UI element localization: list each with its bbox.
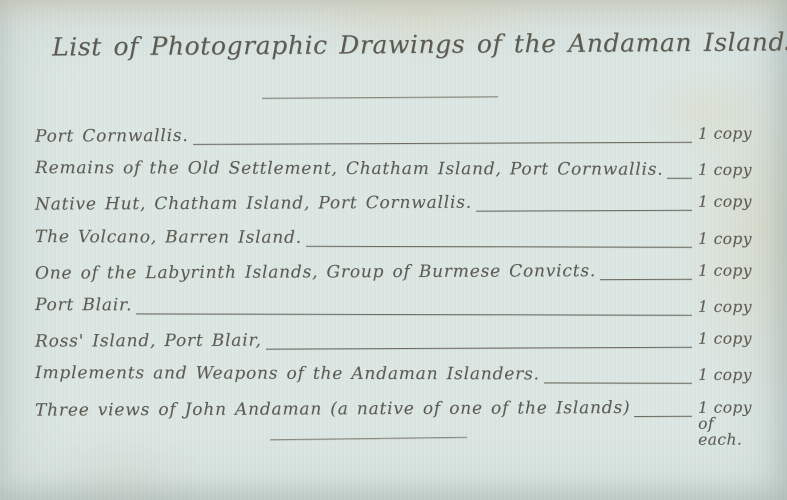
item-label: Remains of the Old Settlement, Chatham I…: [35, 151, 664, 187]
list-item: Implements and Weapons of the Andaman Is…: [35, 356, 762, 392]
item-label: One of the Labyrinth Islands, Group of B…: [35, 254, 596, 291]
copy-count: 1 copy: [698, 230, 762, 246]
item-label: Native Hut, Chatham Island, Port Cornwal…: [35, 186, 472, 222]
copy-count: 1 copy: [698, 299, 762, 315]
ruled-fill-line: [634, 415, 692, 416]
copy-count: 1 copy: [698, 331, 762, 347]
footer-divider-line: [270, 437, 467, 440]
item-label: The Volcano, Barren Island.: [35, 220, 302, 255]
list-item: Three views of John Andaman (a native of…: [35, 390, 762, 427]
list-item: Native Hut, Chatham Island, Port Cornwal…: [35, 185, 762, 222]
item-label: Implements and Weapons of the Andaman Is…: [35, 356, 540, 392]
ruled-fill-line: [193, 142, 692, 145]
item-label: Port Cornwallis.: [35, 119, 189, 154]
copy-count: 1 copy of each.: [698, 399, 762, 447]
list-item: One of the Labyrinth Islands, Group of B…: [35, 253, 762, 290]
list-item: The Volcano, Barren Island. 1 copy: [35, 220, 762, 256]
list-item: Remains of the Old Settlement, Chatham I…: [35, 151, 762, 187]
item-label: Ross' Island, Port Blair,: [35, 324, 262, 359]
ruled-fill-line: [266, 347, 692, 350]
ruled-fill-line: [306, 246, 692, 248]
copy-count: 1 copy: [698, 367, 762, 383]
item-label: Port Blair.: [35, 288, 132, 322]
drawings-list: Port Cornwallis. 1 copy Remains of the O…: [35, 118, 762, 426]
manuscript-page: List of Photographic Drawings of the And…: [0, 0, 787, 500]
ruled-fill-line: [544, 383, 692, 384]
ruled-fill-line: [476, 210, 692, 212]
item-label: Three views of John Andaman (a native of…: [35, 390, 631, 427]
ink-layer: List of Photographic Drawings of the And…: [0, 0, 787, 500]
ruled-fill-line: [667, 178, 692, 179]
copy-count: 1 copy: [698, 162, 762, 178]
title-divider-line: [262, 96, 498, 98]
copy-count: 1 copy: [698, 125, 762, 141]
ruled-fill-line: [136, 313, 692, 315]
list-item: Port Cornwallis. 1 copy: [35, 116, 762, 153]
page-title: List of Photographic Drawings of the And…: [52, 28, 762, 62]
ruled-fill-line: [600, 279, 692, 280]
list-item: Ross' Island, Port Blair, 1 copy: [35, 322, 762, 359]
copy-count: 1 copy: [698, 262, 762, 278]
list-item: Port Blair. 1 copy: [35, 288, 762, 324]
copy-count: 1 copy: [698, 194, 762, 210]
